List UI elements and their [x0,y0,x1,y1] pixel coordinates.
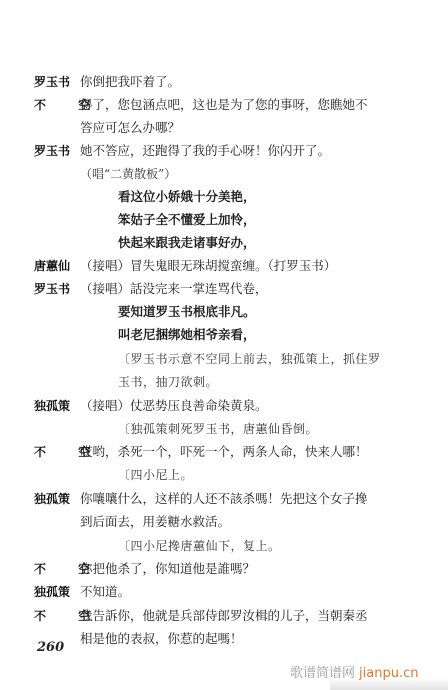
dialogue-text: 你倒把我吓着了。 [80,71,180,93]
verse-line: 快起来跟我走诸事好办， [0,232,448,254]
speaker-name: 罗玉书 [34,71,78,93]
dialogue-line: 不 空 你把他杀了，你知道他是誰嗎？ [0,558,448,580]
dialogue-text: 得了，您包涵点吧，这也是为了您的事呀，您瞧她不 [80,94,368,116]
dialogue-text: （接唱）話没完来一掌连骂代卷， [80,278,268,300]
stage-direction: 〔四小尼上。 [0,464,448,486]
speaker-name: 独孤策 [34,488,78,510]
speaker-name: 不 空 [34,605,78,627]
dialogue-line: 不 空 得了，您包涵点吧，这也是为了您的事呀，您瞧她不 [0,94,448,116]
dialogue-continuation: 相是他的表叔，你惹的起嗎！ [0,628,448,650]
speaker-name: 罗玉书 [34,140,78,162]
verse-line: 叫老尼捆绑她相爷亲看， [0,324,448,346]
dialogue-line: 罗玉书 （接唱）話没完来一掌连骂代卷， [0,278,448,300]
dialogue-text: 我告訴你，他就是兵部侍郎罗汝楫的儿子，当朝秦丞 [80,605,368,627]
verse-line: 要知道罗玉书根底非凡。 [0,301,448,323]
stage-direction: 〔罗玉书示意不空同上前去，独孤策上，抓住罗 [0,348,448,370]
dialogue-text: （接唱）冒失鬼眼无珠胡搅蛮缠。（打罗玉书） [80,255,336,277]
dialogue-text: 哎哟，杀死一个，吓死一个，两条人命，快来人哪！ [80,441,368,463]
verse-line: 看这位小娇娥十分美艳， [0,186,448,208]
verse-line: 笨姑子全不懂爱上加怜， [0,209,448,231]
verse-text: 叫老尼捆绑她相爷亲看， [118,324,256,346]
speaker-name: 罗玉书 [34,278,78,300]
verse-text: 要知道罗玉书根底非凡。 [118,301,256,323]
speaker-name: 独孤策 [34,581,78,603]
dialogue-line: 罗玉书 她不答应，还跑得了我的手心呀！你闪开了。 [0,140,448,162]
stage-direction: 〔四小尼搀唐蕙仙下，复上。 [0,535,448,557]
watermark: 歌谱简谱网jianpu.cn [290,662,418,681]
dialogue-line: 唐蕙仙 （接唱）冒失鬼眼无珠胡搅蛮缠。（打罗玉书） [0,255,448,277]
stage-direction: 〔独孤策刺死罗玉书，唐蕙仙昏倒。 [0,418,448,440]
verse-text: 看这位小娇娥十分美艳， [118,186,256,208]
watermark-site-name: 歌谱简谱网 [290,666,355,681]
verse-text: 快起来跟我走诸事好办， [118,232,256,254]
singing-cue: （唱“二黄散板”） [0,163,448,185]
direction-text: 〔四小尼上。 [118,464,193,486]
direction-text: 〔罗玉书示意不空同上前去，独孤策上，抓住罗 [118,348,381,370]
dialogue-text: 你嚷嚷什么，这样的人还不該杀嗎！先把这个女子搀 [80,488,368,510]
dialogue-text: （接唱）仗恶势压良善命染黄泉。 [80,395,268,417]
speaker-name: 不 空 [34,441,78,463]
dialogue-continuation: 到后面去，用姜糖水救活。 [0,511,448,533]
dialogue-continuation: 答应可怎么办哪？ [0,117,448,139]
dialogue-line: 独孤策 （接唱）仗恶势压良善命染黄泉。 [0,395,448,417]
dialogue-text: 她不答应，还跑得了我的手心呀！你闪开了。 [80,140,330,162]
dialogue-text: 你把他杀了，你知道他是誰嗎？ [80,558,255,580]
dialogue-line: 罗玉书 你倒把我吓着了。 [0,71,448,93]
speaker-name: 不 空 [34,558,78,580]
direction-text: 〔四小尼搀唐蕙仙下，复上。 [118,535,281,557]
speaker-name: 不 空 [34,94,78,116]
speaker-name: 唐蕙仙 [34,255,78,277]
dialogue-line: 独孤策 你嚷嚷什么，这样的人还不該杀嗎！先把这个女子搀 [0,488,448,510]
watermark-domain: jianpu.cn [359,666,418,681]
stage-direction: 玉书，抽刀欲刺。 [0,371,448,393]
dialogue-text: 不知道。 [80,581,130,603]
verse-text: 笨姑子全不懂爱上加怜， [118,209,256,231]
dialogue-text: 相是他的表叔，你惹的起嗎！ [80,628,243,650]
direction-text: 〔独孤策刺死罗玉书，唐蕙仙昏倒。 [118,418,318,440]
direction-text: 玉书，抽刀欲刺。 [118,371,218,393]
page-number: 260 [37,640,64,655]
speaker-name: 独孤策 [34,395,78,417]
script-page: 罗玉书 你倒把我吓着了。 不 空 得了，您包涵点吧，这也是为了您的事呀，您瞧她不… [0,0,448,690]
dialogue-text: 答应可怎么办哪？ [80,117,180,139]
dialogue-text: 到后面去，用姜糖水救活。 [80,511,230,533]
dialogue-line: 不 空 哎哟，杀死一个，吓死一个，两条人命，快来人哪！ [0,441,448,463]
dialogue-line: 独孤策 不知道。 [0,581,448,603]
dialogue-line: 不 空 我告訴你，他就是兵部侍郎罗汝楫的儿子，当朝秦丞 [0,605,448,627]
cue-text: （唱“二黄散板”） [80,163,176,185]
